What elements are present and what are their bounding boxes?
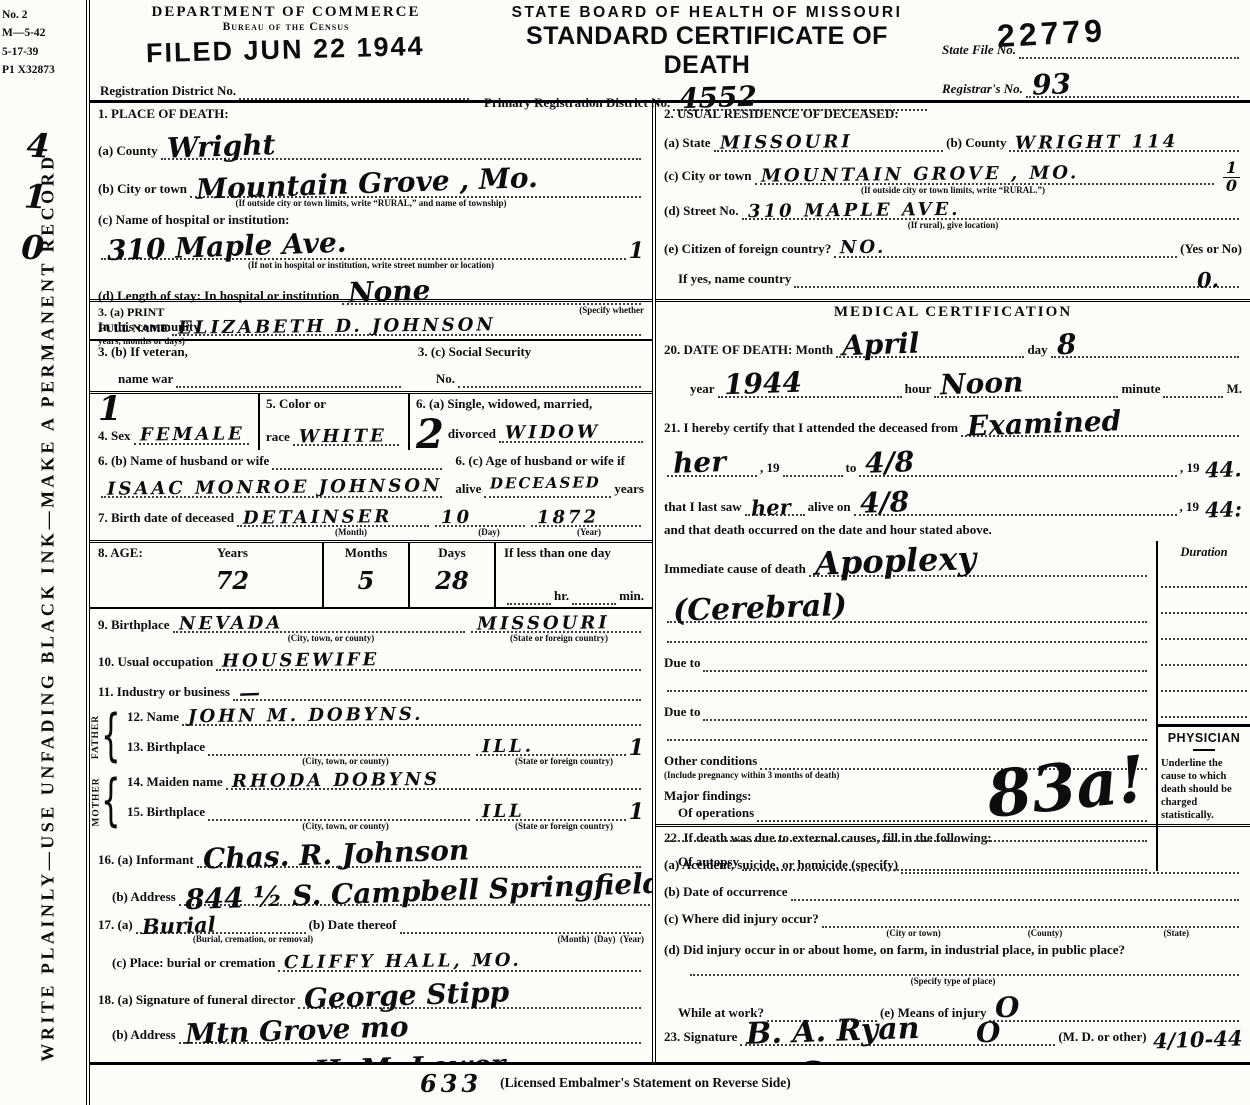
death-hour-field: Noon	[934, 366, 1118, 397]
external-d-label: (d) Did injury occur in or about home, o…	[664, 942, 1125, 959]
marital-handwritten-mark: 2	[416, 419, 444, 451]
funeral-director-label: 18. (a) Signature of funeral director	[98, 992, 295, 1009]
hospital-field: 310 Maple Ave.	[101, 229, 626, 260]
duration-line	[1161, 614, 1247, 640]
attended-line2: her , 19 to 4/8 , 19 44.	[664, 445, 1242, 476]
state-file-field	[1019, 53, 1239, 59]
external-county-hint: (County)	[979, 928, 1110, 938]
city-field: Mountain Grove , Mo.	[190, 166, 641, 197]
birthdate-line: 7. Birth date of deceased DeTAiNSeR 10 1…	[98, 506, 644, 527]
name-country-value: 0.	[1191, 265, 1240, 294]
birthdate-label: 7. Birth date of deceased	[98, 510, 234, 527]
sex-cell: 1 4. Sex Female	[90, 394, 258, 450]
duration-line	[1161, 692, 1247, 718]
age-years-cell: Years 72	[143, 545, 322, 607]
operations-label: Of operations	[664, 805, 754, 822]
residence-city-hint-row: (If outside city or town limits, write “…	[664, 185, 1242, 195]
residence-state-label: (a) State	[664, 135, 711, 152]
registration-district-line: Registration District No.	[100, 83, 472, 100]
race-label2: race	[266, 429, 290, 446]
section-bio: 9. Birthplace Nevada Missouri (City, tow…	[90, 609, 652, 704]
age-less-than-day-cell: If less than one day hr. min.	[494, 543, 652, 607]
physician-note: Underline the cause to which death shoul…	[1161, 757, 1247, 823]
address23-line: Address Mtn Grove Date signed	[664, 1054, 1242, 1062]
father-group: FATHER { 12. Name John M. Dobyns. 13. Bi…	[90, 704, 652, 769]
residence-city-value: Mountain Grove , Mo.	[754, 162, 1079, 189]
death-year-label: year	[664, 381, 715, 398]
form-code-line: No. 2	[2, 6, 55, 24]
birth-month-field: DeTAiNSeR	[237, 506, 429, 527]
external-b-field	[791, 895, 1239, 901]
age-days-label: Days	[410, 545, 494, 562]
duration-line	[1161, 588, 1247, 614]
other-conditions-hint: (Include pregnancy within 3 months of de…	[664, 770, 839, 780]
father-birthplace-value: Ill.	[476, 734, 534, 758]
last-saw-date-value: 4/8	[853, 484, 909, 522]
residence-street-line: (d) Street No. 310 Maple Ave.	[664, 199, 1242, 220]
external-d-field	[690, 970, 1239, 976]
board-title: STATE BOARD OF HEALTH OF MISSOURI	[484, 4, 930, 22]
citizen-value: No.	[834, 236, 887, 260]
cause-line2: (Cerebral)	[664, 589, 1150, 623]
ssn-block: 3. (c) Social Security No.	[404, 344, 644, 388]
embalmer-statement-note: (Licensed Embalmer's Statement on Revers…	[500, 1075, 791, 1091]
physician-note-box: PHYSICIAN Underline the cause to which d…	[1158, 724, 1250, 871]
spouse-age-label: 6. (c) Age of husband or wife if	[455, 453, 624, 470]
burial-date-field	[400, 928, 641, 934]
external-c-hints: (City or town) (County) (State)	[664, 928, 1242, 938]
to-value: 4/8	[859, 444, 915, 482]
father-name-value: John M. Dobyns.	[182, 703, 424, 729]
father-name-field: John M. Dobyns.	[182, 704, 641, 725]
city-label: (b) City or town	[98, 181, 187, 198]
informant-address-field: 844 ½ S. Campbell Springfield	[179, 874, 652, 905]
certificate-title: STANDARD CERTIFICATE OF DEATH	[484, 22, 930, 80]
last-saw-label: that I last saw	[664, 499, 742, 516]
industry-field: —	[233, 679, 641, 701]
race-value: White	[293, 424, 387, 448]
race-line: race White	[266, 425, 402, 446]
address23-value: Mtn Grove	[712, 1051, 897, 1062]
mother-birthplace-state-field: Ill	[476, 800, 626, 821]
birth-month-value: DeTAiNSeR	[237, 505, 393, 530]
funeral-address-field: Mtn Grove mo	[179, 1013, 641, 1044]
md-date-value: 4/10-44	[1146, 1024, 1242, 1055]
age-months-label: Months	[324, 545, 408, 562]
father-brace: {	[103, 704, 119, 769]
age-label-cell: 8. AGE: Years 72	[90, 543, 322, 607]
informant-field: Chas. R. Johnson	[197, 837, 641, 868]
veteran-war-field	[176, 382, 401, 388]
full-name-field: Elizabeth D. Johnson	[172, 315, 641, 336]
residence-state-value: Missouri	[713, 130, 852, 155]
external-c-line: (c) Where did injury occur?	[664, 911, 1242, 928]
father-name-label: 12. Name	[127, 709, 179, 726]
industry-line: 11. Industry or business —	[98, 679, 644, 701]
occupation-field: Housewife	[216, 649, 641, 670]
spouse-name-field: Isaac Monroe Johnson	[101, 476, 442, 497]
registrar-date-value: 6-10-44	[135, 1058, 232, 1062]
external-d-line: (d) Did injury occur in or about home, o…	[664, 942, 1242, 959]
form-code-line: P1 X32873	[2, 61, 55, 79]
informant-value: Chas. R. Johnson	[196, 832, 469, 878]
death-m-label: M.	[1226, 381, 1242, 398]
external-c-field	[822, 922, 1239, 928]
attended-her-value: her	[666, 444, 726, 482]
attended-value: Examined	[961, 403, 1122, 445]
last-saw-line: that I last saw her alive on 4/8 , 19 44…	[664, 485, 1242, 516]
birthplace-value: Nevada	[172, 611, 283, 636]
due-blank-field2	[667, 735, 1147, 741]
attended-her-field: her	[667, 445, 757, 476]
mother-name-value: Rhoda Dobyns	[226, 768, 440, 794]
death-minute-label: minute	[1121, 381, 1160, 398]
spouse-name-field-lead	[272, 464, 442, 470]
funeral-director-field: George Stipp	[298, 978, 641, 1009]
external-d-hint: (Specify type of place)	[664, 976, 1242, 986]
section-informant: 16. (a) Informant Chas. R. Johnson (b) A…	[90, 834, 652, 909]
cause-of-death-area: 83a! Immediate cause of death Apoplexy (…	[664, 541, 1250, 871]
duration-line	[1161, 640, 1247, 666]
citizen-hint: (Yes or No)	[1180, 241, 1242, 258]
age-label: 8. AGE:	[98, 545, 143, 607]
county-line: (a) County Wright	[98, 129, 644, 160]
ssn-number-line: No.	[418, 371, 644, 388]
operations-blank-field	[667, 836, 1147, 842]
immediate-cause-line: Immediate cause of death Apoplexy	[664, 541, 1150, 578]
attended-line: 21. I hereby certify that I attended the…	[664, 406, 1242, 437]
section-spouse-birthdate: 6. (b) Name of husband or wife Isaac Mon…	[90, 450, 652, 540]
external-d-blank-line	[664, 970, 1242, 976]
residence-city-label: (c) City or town	[664, 168, 752, 185]
due-to-line2: Due to	[664, 704, 1150, 721]
age-years-label: Years	[143, 545, 322, 562]
section-burial: 17. (a) Burial (b) Date thereof (Burial,…	[90, 909, 652, 975]
immediate-cause-label: Immediate cause of death	[664, 561, 806, 578]
margin-instruction-text: WRITE PLAINLY—USE UNFADING BLACK INK—MAK…	[38, 128, 59, 1088]
burial-place-line: (c) Place: burial or cremation Cliffy Ha…	[98, 950, 644, 971]
immediate-cause-field: Apoplexy	[809, 541, 1147, 578]
age-days-cell: Days 28	[408, 543, 494, 607]
burial-day-hint: (Day)	[594, 934, 616, 944]
nineteen-label-c: , 19	[1180, 499, 1200, 516]
father-fields: 12. Name John M. Dobyns. 13. Birthplace …	[119, 704, 652, 769]
year-handwritten-b: 44.	[1199, 456, 1242, 485]
sex-value: Female	[133, 423, 244, 448]
duration-label: Duration	[1158, 541, 1250, 562]
burial-type-value: Burial	[135, 910, 216, 940]
major-findings-label: Major findings:	[664, 788, 752, 805]
father-name-line: 12. Name John M. Dobyns.	[127, 704, 644, 725]
informant-address-label: (b) Address	[98, 889, 176, 906]
nineteen-label-a: , 19	[760, 460, 780, 477]
death-day-value: 8	[1050, 327, 1077, 364]
section-age: 8. AGE: Years 72 Months 5 Days 28	[90, 543, 652, 607]
duration-line	[1161, 562, 1247, 588]
residence-county-label: (b) County	[946, 135, 1006, 152]
marital-cell: 6. (a) Single, widowed, married, 2 divor…	[408, 394, 652, 450]
citizen-line: (e) Citizen of foreign country? No. (Yes…	[664, 236, 1242, 257]
father-birthplace-label: 13. Birthplace	[127, 739, 205, 756]
burial-date-label: (b) Date thereof	[309, 917, 397, 934]
veteran-label-line: 3. (b) If veteran,	[98, 344, 404, 361]
mother-birthplace-line: 15. Birthplace Ill 1	[127, 798, 644, 821]
sex-field: Female	[134, 423, 250, 444]
occupation-value: Housewife	[216, 649, 379, 674]
form-code-line: M—5-42	[2, 24, 55, 42]
burial-place-label: (c) Place: burial or cremation	[98, 955, 275, 972]
physician-divider	[1193, 749, 1215, 751]
father-birthplace-line: 13. Birthplace Ill. 1	[127, 734, 644, 757]
informant-line: 16. (a) Informant Chas. R. Johnson	[98, 837, 644, 868]
birth-day-field: 10	[435, 506, 525, 527]
registrar-number-label: Registrar's No.	[942, 81, 1023, 98]
form-main-box: 1. PLACE OF DEATH: (a) County Wright (b)…	[90, 100, 1250, 1065]
full-name-value: Elizabeth D. Johnson	[172, 313, 496, 340]
registrar-signature-field: H. M. Lower.	[308, 1050, 641, 1062]
mother-fields: 14. Maiden name Rhoda Dobyns 15. Birthpl…	[119, 769, 652, 834]
age-hr-field	[507, 599, 551, 605]
other-conditions-label: Other conditions	[664, 753, 757, 770]
to-label: to	[846, 460, 857, 477]
age-days-value: 28	[410, 566, 494, 595]
form-code-line: 5-17-39	[2, 43, 55, 61]
sex-handwritten-mark: 1	[98, 396, 252, 423]
residence-county-value: Wright 114	[1009, 130, 1178, 155]
registrar-date-field: 6-10-44	[136, 1059, 286, 1062]
attended-field: Examined	[961, 406, 1239, 437]
due-to-label1: Due to	[664, 655, 700, 672]
burial-number-label: 17. (a)	[98, 917, 133, 934]
death-certificate-scan: No. 2 M—5-42 5-17-39 P1 X32873 4 1 0 WRI…	[0, 0, 1250, 1105]
birthplace-label: 9. Birthplace	[98, 617, 170, 634]
date-of-death-label: 20. DATE OF DEATH: Month	[664, 342, 833, 359]
spouse-age-field: Deceased	[484, 474, 611, 498]
ssn-no-label: No.	[418, 371, 455, 388]
attended-label: 21. I hereby certify that I attended the…	[664, 420, 958, 437]
mother-birthplace-hints: (City, town, or county) (State or foreig…	[127, 821, 644, 831]
section-residence: 2. USUAL RESIDENCE OF DECEASED: (a) Stat…	[656, 103, 1250, 299]
residence-state-line: (a) State Missouri (b) County Wright 114	[664, 131, 1242, 152]
year-handwritten-c: 44:	[1199, 495, 1243, 524]
residence-city-field: Mountain Grove , Mo.	[755, 163, 1214, 184]
mother-group: MOTHER { 14. Maiden name Rhoda Dobyns 15…	[90, 769, 652, 834]
mother-name-label: 14. Maiden name	[127, 774, 223, 791]
death-hour-value: Noon	[934, 365, 1025, 404]
section-place-of-death: 1. PLACE OF DEATH: (a) County Wright (b)…	[90, 103, 652, 299]
due-blank-field1	[667, 686, 1147, 692]
external-c-label: (c) Where did injury occur?	[664, 911, 819, 928]
burial-type-line: 17. (a) Burial (b) Date thereof	[98, 912, 644, 934]
burial-place-value: Cliffy Hall, Mo.	[278, 949, 522, 975]
name-country-label: If yes, name country	[664, 271, 791, 288]
autopsy-label: Of autopsy	[664, 854, 739, 871]
external-city-hint: (City or town)	[848, 928, 979, 938]
physician-title: PHYSICIAN	[1161, 731, 1247, 745]
marital-label2: divorced	[448, 426, 496, 443]
mother-birthplace-field	[208, 815, 470, 821]
stay-field: None	[342, 274, 641, 305]
birthplace-state-value: Missouri	[471, 611, 610, 636]
death-year-field: 1944	[718, 366, 902, 397]
death-day-label: day	[1027, 342, 1047, 359]
immediate-cause-value: Apoplexy	[808, 538, 976, 585]
spouse-alive-label: alive	[455, 481, 481, 498]
alive-on-label: alive on	[808, 499, 851, 516]
occupation-line: 10. Usual occupation Housewife	[98, 649, 644, 670]
birth-year-value: 1872	[531, 505, 599, 529]
age-hr-min-line: hr. min.	[504, 588, 644, 605]
header-right: 22779 State File No. Registrar's No. 93	[942, 4, 1242, 100]
name-country-field: 0.	[794, 266, 1239, 288]
external-a-field	[901, 868, 1239, 874]
right-column: 2. USUAL RESIDENCE OF DECEASED: (a) Stat…	[652, 103, 1250, 1062]
ssn-field	[458, 382, 641, 388]
hospital-label-line: (c) Name of hospital or institution:	[98, 212, 644, 229]
section-medical-certification: MEDICAL CERTIFICATION 20. DATE OF DEATH:…	[656, 302, 1250, 824]
due-to-line1: Due to	[664, 655, 1150, 672]
death-day-field: 8	[1051, 327, 1239, 358]
death-year-hour-line: year 1944 hour Noon minute M.	[664, 366, 1242, 397]
hospital-label: (c) Name of hospital or institution:	[98, 212, 290, 229]
left-column: 1. PLACE OF DEATH: (a) County Wright (b)…	[90, 103, 652, 1062]
death-month-value: April	[836, 326, 921, 365]
last-saw-date-field: 4/8	[854, 485, 1177, 516]
mother-name-field: Rhoda Dobyns	[226, 769, 641, 790]
county-value: Wright	[160, 127, 276, 167]
spouse-name-block: 6. (b) Name of husband or wife Isaac Mon…	[98, 453, 445, 497]
section-funeral-director: 18. (a) Signature of funeral director Ge…	[90, 975, 652, 1048]
cause-value2: (Cerebral)	[666, 586, 847, 631]
form-footer: 633 (Licensed Embalmer's Statement on Re…	[90, 1065, 1250, 1101]
death-hour-label: hour	[905, 381, 932, 398]
duration-column: Duration PHYSICIAN Underline the cause t…	[1156, 541, 1250, 871]
primary-registration-value: 4552	[673, 79, 758, 118]
nineteen-label-b: , 19	[1180, 460, 1200, 477]
funeral-address-line: (b) Address Mtn Grove mo	[98, 1013, 644, 1044]
due-to-label2: Due to	[664, 704, 700, 721]
registrar-number-field: 93	[1026, 67, 1239, 98]
last-saw-her-value: her	[744, 493, 791, 522]
age-min-label: min.	[619, 588, 644, 605]
age-months-cell: Months 5	[322, 543, 408, 607]
residence-city-line: (c) City or town Mountain Grove , Mo. 1 …	[664, 160, 1242, 185]
death-minute-field	[1163, 392, 1223, 398]
father-birthplace-state-field: Ill.	[476, 735, 626, 756]
veteran-war-label: name war	[98, 371, 173, 388]
operations-blank-line	[664, 836, 1150, 842]
occupation-label: 10. Usual occupation	[98, 654, 213, 671]
md-or-other-label: (M. D. or other)	[1058, 1029, 1146, 1046]
certificate-body: DEPARTMENT OF COMMERCE Bureau of the Cen…	[86, 0, 1250, 1105]
due-blank-line1	[664, 686, 1150, 692]
department-title: DEPARTMENT OF COMMERCE	[100, 4, 472, 21]
cause-blank-line	[664, 637, 1150, 643]
registrar-number-line: Registrar's No. 93	[942, 67, 1242, 98]
signature23-field: B. A. Ryan O	[740, 1012, 1055, 1046]
occurred-label: and that death occurred on the date and …	[664, 522, 992, 539]
section-registrar-received: 19. (a) 6-10-44 (b) H. M. Lower. (Date r…	[90, 1047, 652, 1062]
signature23-value: B. A. Ryan	[740, 1009, 921, 1054]
residence-state-field: Missouri	[714, 131, 944, 152]
spouse-age-line: alive Deceased years	[455, 474, 644, 498]
burial-type-field: Burial	[136, 912, 306, 934]
signature23-label: 23. Signature	[664, 1029, 737, 1046]
citizen-field: No.	[834, 236, 1177, 257]
informant-label: 16. (a) Informant	[98, 852, 194, 869]
name-country-line: If yes, name country 0.	[664, 266, 1242, 288]
spouse-age-value: Deceased	[484, 474, 601, 495]
burial-place-field: Cliffy Hall, Mo.	[278, 950, 641, 971]
address23-field: Mtn Grove	[712, 1054, 1078, 1062]
city-line: (b) City or town Mountain Grove , Mo.	[98, 166, 644, 197]
registration-district-label: Registration District No.	[100, 83, 236, 100]
stay-value: None	[342, 272, 432, 311]
death-month-field: April	[836, 327, 1024, 358]
death-year-value: 1944	[717, 365, 802, 404]
informant-address-line: (b) Address 844 ½ S. Campbell Springfiel…	[98, 874, 644, 905]
funeral-address-label: (b) Address	[98, 1027, 176, 1044]
race-label: 5. Color or	[266, 396, 326, 413]
mother-birthplace-label: 15. Birthplace	[127, 804, 205, 821]
spouse-age-block: 6. (c) Age of husband or wife if alive D…	[445, 453, 644, 497]
residence-city-hint: (If outside city or town limits, write “…	[664, 185, 1242, 195]
mother-birthplace-value: Ill	[476, 799, 525, 823]
section1-title: 1. PLACE OF DEATH:	[98, 106, 644, 123]
occurred-line: and that death occurred on the date and …	[664, 522, 1242, 539]
section-veteran-ssn: 3. (b) If veteran, name war 3. (c) Socia…	[90, 341, 652, 391]
to-field: 4/8	[859, 445, 1177, 476]
external-state-hint: (State)	[1111, 928, 1242, 938]
burial-year-hint: (Year)	[620, 934, 644, 944]
funeral-director-line: 18. (a) Signature of funeral director Ge…	[98, 978, 644, 1009]
race-cell: 5. Color or race White	[258, 394, 408, 450]
spouse-row: 6. (b) Name of husband or wife Isaac Mon…	[98, 453, 644, 497]
registration-district-field	[239, 94, 469, 100]
birth-day-value: 10	[435, 505, 472, 529]
father-birthplace-hints: (City, town, or county) (State or foreig…	[127, 756, 644, 766]
birth-year-field: 1872	[531, 506, 641, 527]
cause-column: 83a! Immediate cause of death Apoplexy (…	[664, 541, 1156, 871]
veteran-war-line: name war	[98, 371, 404, 388]
sex-label: 4. Sex	[98, 428, 131, 445]
citizen-label: (e) Citizen of foreign country?	[664, 241, 831, 258]
spouse-name-value: Isaac Monroe Johnson	[101, 474, 443, 501]
form-header: DEPARTMENT OF COMMERCE Bureau of the Cen…	[90, 0, 1250, 100]
age-hr-label: hr.	[554, 588, 569, 605]
registrar-number-value: 93	[1025, 66, 1071, 104]
burial-month-hint: (Month)	[558, 934, 590, 944]
birthplace-field: Nevada	[173, 612, 466, 633]
county-field: Wright	[161, 129, 641, 160]
header-left: DEPARTMENT OF COMMERCE Bureau of the Cen…	[100, 4, 472, 100]
registrar-signature-value: H. M. Lower.	[307, 1047, 513, 1062]
residence-street-value: 310 Maple Ave.	[741, 198, 960, 224]
birthplace-state-field: Missouri	[471, 612, 641, 633]
father-birthplace-field	[208, 750, 470, 756]
external-d-hint-row: (Specify type of place)	[664, 976, 1242, 986]
medical-title: MEDICAL CERTIFICATION	[664, 304, 1242, 321]
age-months-value: 5	[324, 566, 408, 595]
hospital-value-line: 310 Maple Ave. 1	[98, 229, 644, 260]
veteran-block: 3. (b) If veteran, name war	[98, 344, 404, 388]
signature23-extra-mark: O	[969, 1014, 1001, 1051]
filed-date-stamp: FILED JUN 22 1944	[146, 30, 473, 70]
full-name-label: 3. (a) PRINT FULL NAME	[98, 305, 169, 336]
race-field: White	[293, 425, 399, 446]
spouse-name-label: 6. (b) Name of husband or wife	[98, 453, 269, 470]
primary-registration-field: 4552	[673, 80, 927, 111]
